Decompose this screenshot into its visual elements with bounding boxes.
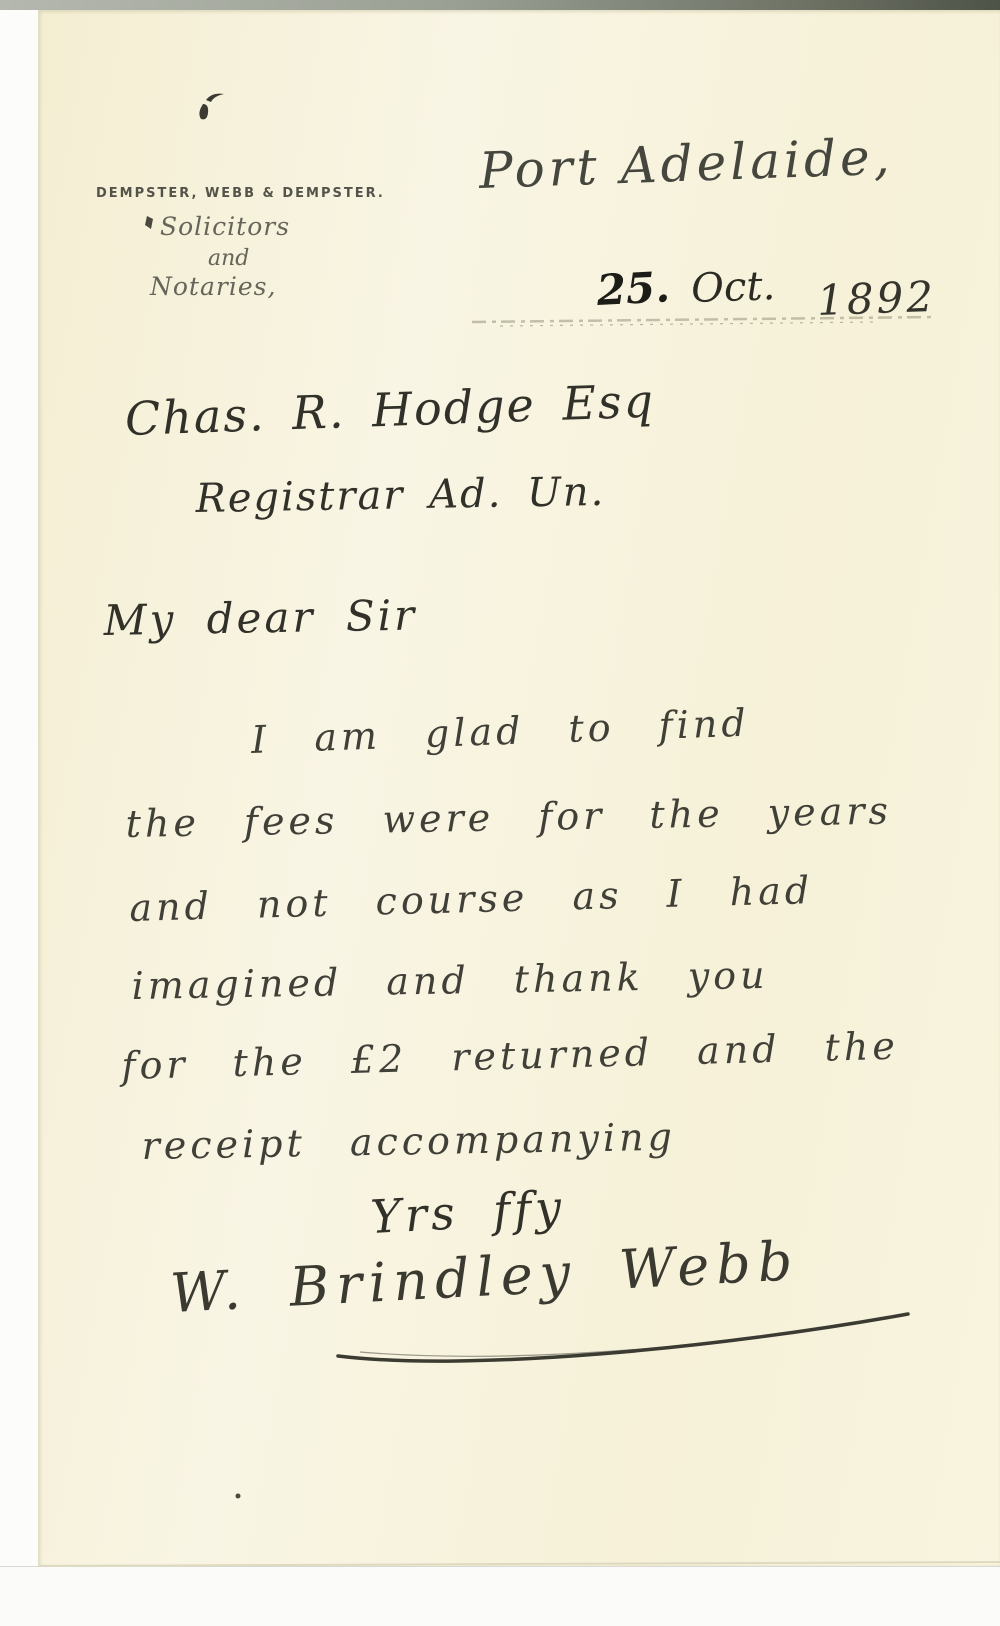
date-year: 1892 — [816, 272, 937, 325]
letter-paper — [38, 10, 1000, 1566]
valediction: Yrs ffy — [369, 1180, 566, 1244]
salutation: My dear Sir — [103, 591, 417, 645]
scanner-left-margin — [0, 10, 38, 1566]
letterhead-firm-name: DEMPSTER, WEBB & DEMPSTER. — [96, 186, 385, 201]
letterhead-subtitle-and: and — [208, 246, 249, 271]
date-day: 25. — [595, 262, 671, 315]
body-line: receipt accompanying — [141, 1115, 676, 1168]
letterhead-subtitle-notaries: Notaries, — [150, 272, 276, 301]
date-month: Oct. — [690, 263, 776, 312]
recipient-title: Registrar Ad. Un. — [195, 469, 605, 522]
letterhead-subtitle-solicitors: Solicitors — [160, 212, 290, 241]
scanner-edge-strip — [0, 0, 1000, 10]
scanner-bottom-margin — [0, 1566, 1000, 1626]
